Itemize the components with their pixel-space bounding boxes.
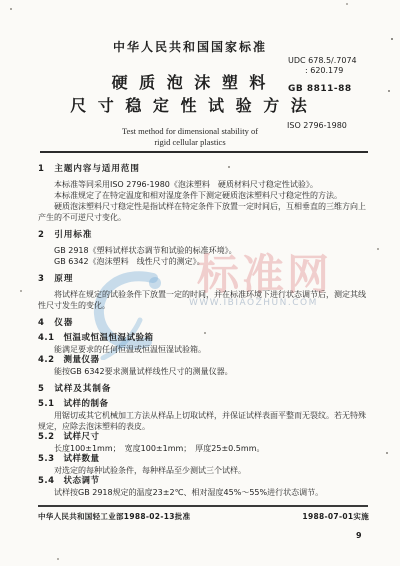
standard-org-title: 中华人民共和国国家标准 xyxy=(40,38,340,55)
document-title-en-line2: rigid cellular plastics xyxy=(40,137,340,148)
scanned-standard-document-page: 标准网 WWW.IBIAOZHUN.COM 中华人民共和国国家标准 硬 质 泡 … xyxy=(0,0,400,566)
approval-statement: 中华人民共和国轻工业部1988-02-13批准 xyxy=(38,511,190,522)
paragraph: 对选定的每种试验条件，每种样品至少测试三个试样。 xyxy=(38,465,369,476)
section-specimens: 5 试样及其制备 5.1 试样的制备 用锯切或其它机械加工方法从样品上切取试样，… xyxy=(38,384,369,498)
subsection-heading: 4.1 恒温或恒温恒湿试验箱 xyxy=(38,333,369,344)
section-heading: 1 主题内容与适用范围 xyxy=(38,164,369,175)
paragraph: 将试样在规定的试验条件下放置一定的时间，并在标准环境下进行状态调节后，测定其线性… xyxy=(38,289,369,311)
section-heading: 5 试样及其制备 xyxy=(38,384,369,395)
paragraph: 长度100±1mm； 宽度100±1mm； 厚度25±0.5mm。 xyxy=(38,443,369,454)
section-heading: 3 原理 xyxy=(38,274,369,285)
section-referenced-standards: 2 引用标准 GB 2918《塑料试样状态调节和试验的标准环境》。 GB 634… xyxy=(38,230,369,267)
section-scope: 1 主题内容与适用范围 本标准等同采用ISO 2796-1980《泡沫塑料 硬质… xyxy=(38,164,369,223)
implementation-date: 1988-07-01实施 xyxy=(302,511,369,522)
paragraph: 本标准等同采用ISO 2796-1980《泡沫塑料 硬质材料尺寸稳定性试验》。 xyxy=(38,179,369,190)
section-heading: 2 引用标准 xyxy=(38,230,369,241)
scan-speckles xyxy=(0,0,2,2)
paragraph: 能按GB 6342要求测量试样线性尺寸的测量仪器。 xyxy=(38,366,369,377)
subsection: 4.2 测量仪器 能按GB 6342要求测量试样线性尺寸的测量仪器。 xyxy=(38,355,369,377)
subsection-heading: 5.1 试样的制备 xyxy=(38,399,369,410)
paragraph: GB 2918《塑料试样状态调节和试验的标准环境》。 xyxy=(38,245,369,256)
paragraph: 硬质泡沫塑料尺寸稳定性是指试样在特定条件下放置一定时间后，互相垂直的三维方向上产… xyxy=(38,201,369,223)
section-heading: 4 仪器 xyxy=(38,318,369,329)
paragraph: 试样按GB 2918规定的温度23±2℃、相对湿度45%～55%进行状态调节。 xyxy=(38,487,369,498)
subsection-heading: 4.2 测量仪器 xyxy=(38,355,369,366)
document-body: 1 主题内容与适用范围 本标准等同采用ISO 2796-1980《泡沫塑料 硬质… xyxy=(38,161,369,502)
udc-code-line1: UDC 678.5/.7074 xyxy=(288,56,357,66)
paragraph: 本标准规定了在特定温度和相对湿度条件下测定硬质泡沫塑料尺寸稳定性的方法。 xyxy=(38,190,369,201)
document-title-cn-line2: 尺 寸 稳 定 性 试 验 方 法 xyxy=(40,94,340,117)
subsection: 5.1 试样的制备 用锯切或其它机械加工方法从样品上切取试样，并保证试样表面平整… xyxy=(38,399,369,432)
gb-standard-number: GB 8811-88 xyxy=(288,84,357,94)
header-divider-rule xyxy=(40,151,368,153)
paragraph: GB 6342《泡沫塑料 线性尺寸的测定》。 xyxy=(38,256,369,267)
iso-reference-number: ISO 2796-1980 xyxy=(287,121,347,130)
section-principle: 3 原理 将试样在规定的试验条件下放置一定的时间，并在标准环境下进行状态调节后，… xyxy=(38,274,369,311)
page-number: 9 xyxy=(356,531,362,540)
section-apparatus: 4 仪器 4.1 恒温或恒温恒湿试验箱 能满足要求的任何恒温或恒温恒湿试验箱。 … xyxy=(38,318,369,377)
paragraph: 用锯切或其它机械加工方法从样品上切取试样，并保证试样表面平整而无裂纹。若无特殊规… xyxy=(38,410,369,432)
subsection-heading: 5.2 试样尺寸 xyxy=(38,432,369,443)
subsection: 4.1 恒温或恒温恒湿试验箱 能满足要求的任何恒温或恒温恒湿试验箱。 xyxy=(38,333,369,355)
subsection: 5.4 状态调节 试样按GB 2918规定的温度23±2℃、相对湿度45%～55… xyxy=(38,476,369,498)
classification-codes: UDC 678.5/.7074 : 620.179 GB 8811-88 xyxy=(288,56,357,94)
subsection: 5.3 试样数量 对选定的每种试验条件，每种样品至少测试三个试样。 xyxy=(38,454,369,476)
paragraph: 能满足要求的任何恒温或恒温恒湿试验箱。 xyxy=(38,344,369,355)
footer-divider-rule xyxy=(38,505,368,507)
subsection-heading: 5.3 试样数量 xyxy=(38,454,369,465)
subsection: 5.2 试样尺寸 长度100±1mm； 宽度100±1mm； 厚度25±0.5m… xyxy=(38,432,369,454)
udc-code-line2: : 620.179 xyxy=(305,66,357,76)
subsection-heading: 5.4 状态调节 xyxy=(38,476,369,487)
